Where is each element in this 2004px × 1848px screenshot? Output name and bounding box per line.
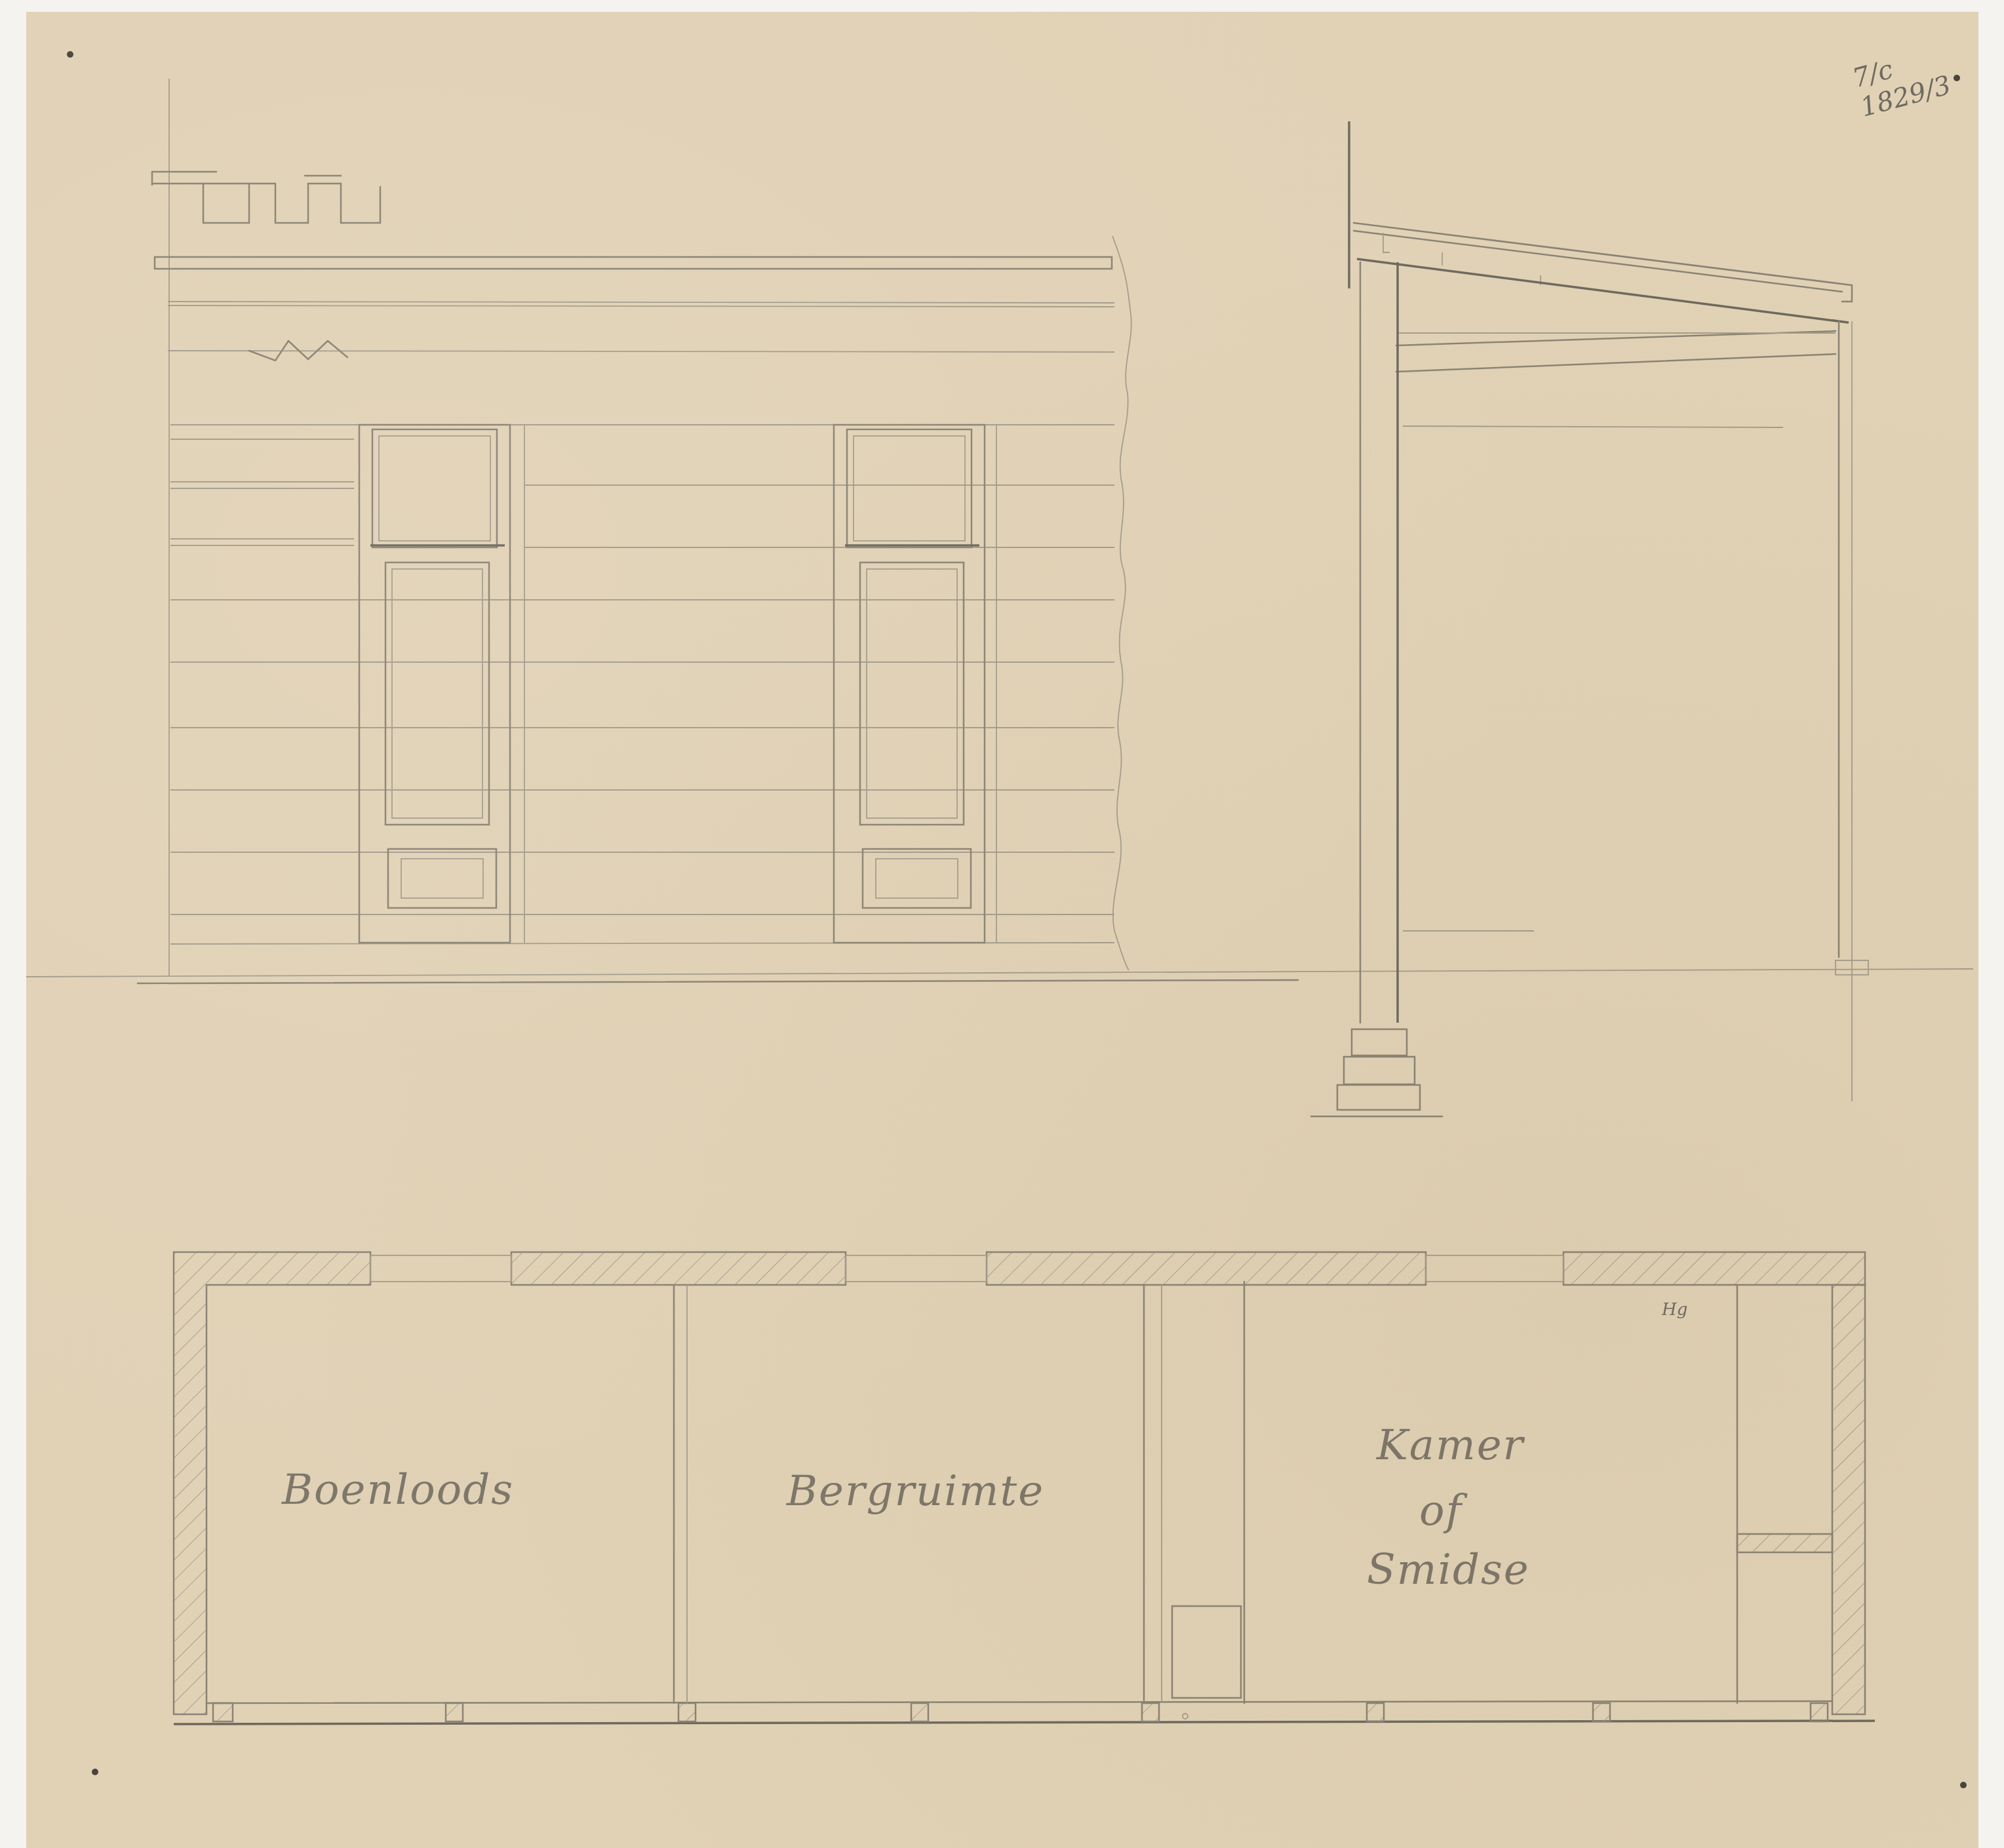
front-elevation [138,79,1298,983]
room-label-boenloods: Boenloods [282,1466,514,1514]
plan-mark: Hg [1662,1300,1687,1320]
room-label-kamer: Kamer [1377,1421,1524,1470]
door-2 [834,425,996,943]
side-section [1311,121,1868,1116]
paper-sheet: Boenloods Bergruimte Kamer of Smidse 7/c… [26,12,1978,1848]
room-label-bergruimte: Bergruimte [787,1467,1044,1516]
room-label-smidse: Smidse [1367,1546,1530,1594]
pin-hole [92,1769,98,1775]
drawing-canvas [26,12,1978,1848]
pin-hole [1954,75,1960,81]
room-label-of: of [1419,1487,1463,1535]
fold-line [26,969,1973,977]
pin-hole [1960,1782,1967,1788]
pin-hole [67,51,73,58]
door-1 [359,425,524,943]
